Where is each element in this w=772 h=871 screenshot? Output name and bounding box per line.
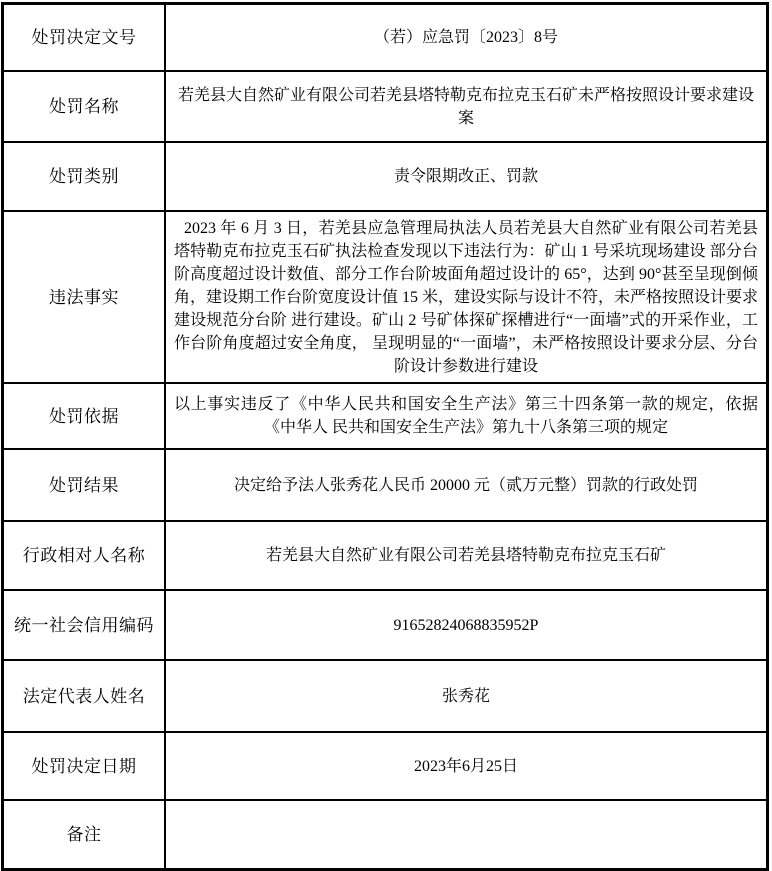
row-value: 张秀花 xyxy=(165,660,768,732)
row-value: 决定给予法人张秀花人民币 20000 元（贰万元整）罚款的行政处罚 xyxy=(165,449,768,521)
table-row-counterpart-name: 行政相对人名称 若羌县大自然矿业有限公司若羌县塔特勒克布拉克玉石矿 xyxy=(3,521,768,590)
table-row-penalty-result: 处罚结果 决定给予法人张秀花人民币 20000 元（贰万元整）罚款的行政处罚 xyxy=(3,449,768,521)
row-label: 处罚结果 xyxy=(3,449,166,521)
row-value: 2023 年 6 月 3 日，若羌县应急管理局执法人员若羌县大自然矿业有限公司若… xyxy=(165,211,768,383)
row-label: 行政相对人名称 xyxy=(3,521,166,590)
row-label: 违法事实 xyxy=(3,211,166,383)
row-label: 处罚决定文号 xyxy=(3,4,166,72)
penalty-table: 处罚决定文号 （若）应急罚〔2023〕8号 处罚名称 若羌县大自然矿业有限公司若… xyxy=(1,2,769,871)
table-row-penalty-doc-number: 处罚决定文号 （若）应急罚〔2023〕8号 xyxy=(3,4,768,72)
row-label: 处罚决定日期 xyxy=(3,732,166,800)
table-row-penalty-category: 处罚类别 责令限期改正、罚款 xyxy=(3,142,768,211)
row-label: 处罚类别 xyxy=(3,142,166,211)
row-label: 统一社会信用编码 xyxy=(3,590,166,660)
table-row-decision-date: 处罚决定日期 2023年6月25日 xyxy=(3,732,768,800)
row-value: 2023年6月25日 xyxy=(165,732,768,800)
table-row-illegal-facts: 违法事实 2023 年 6 月 3 日，若羌县应急管理局执法人员若羌县大自然矿业… xyxy=(3,211,768,383)
penalty-document: 处罚决定文号 （若）应急罚〔2023〕8号 处罚名称 若羌县大自然矿业有限公司若… xyxy=(1,2,769,871)
row-value: （若）应急罚〔2023〕8号 xyxy=(165,4,768,72)
row-value: 若羌县大自然矿业有限公司若羌县塔特勒克布拉克玉石矿未严格按照设计要求建设案 xyxy=(165,71,768,142)
table-row-remarks: 备注 xyxy=(3,800,768,870)
row-label: 法定代表人姓名 xyxy=(3,660,166,732)
row-value: 若羌县大自然矿业有限公司若羌县塔特勒克布拉克玉石矿 xyxy=(165,521,768,590)
table-row-social-credit-code: 统一社会信用编码 91652824068835952P xyxy=(3,590,768,660)
row-value: 责令限期改正、罚款 xyxy=(165,142,768,211)
table-row-penalty-name: 处罚名称 若羌县大自然矿业有限公司若羌县塔特勒克布拉克玉石矿未严格按照设计要求建… xyxy=(3,71,768,142)
row-value: 以上事实违反了《中华人民共和国安全生产法》第三十四条第一款的规定，依据《中华人 … xyxy=(165,383,768,449)
table-row-legal-representative: 法定代表人姓名 张秀花 xyxy=(3,660,768,732)
row-value: 91652824068835952P xyxy=(165,590,768,660)
row-value xyxy=(165,800,768,870)
row-label: 备注 xyxy=(3,800,166,870)
table-row-penalty-basis: 处罚依据 以上事实违反了《中华人民共和国安全生产法》第三十四条第一款的规定，依据… xyxy=(3,383,768,449)
row-label: 处罚依据 xyxy=(3,383,166,449)
row-label: 处罚名称 xyxy=(3,71,166,142)
